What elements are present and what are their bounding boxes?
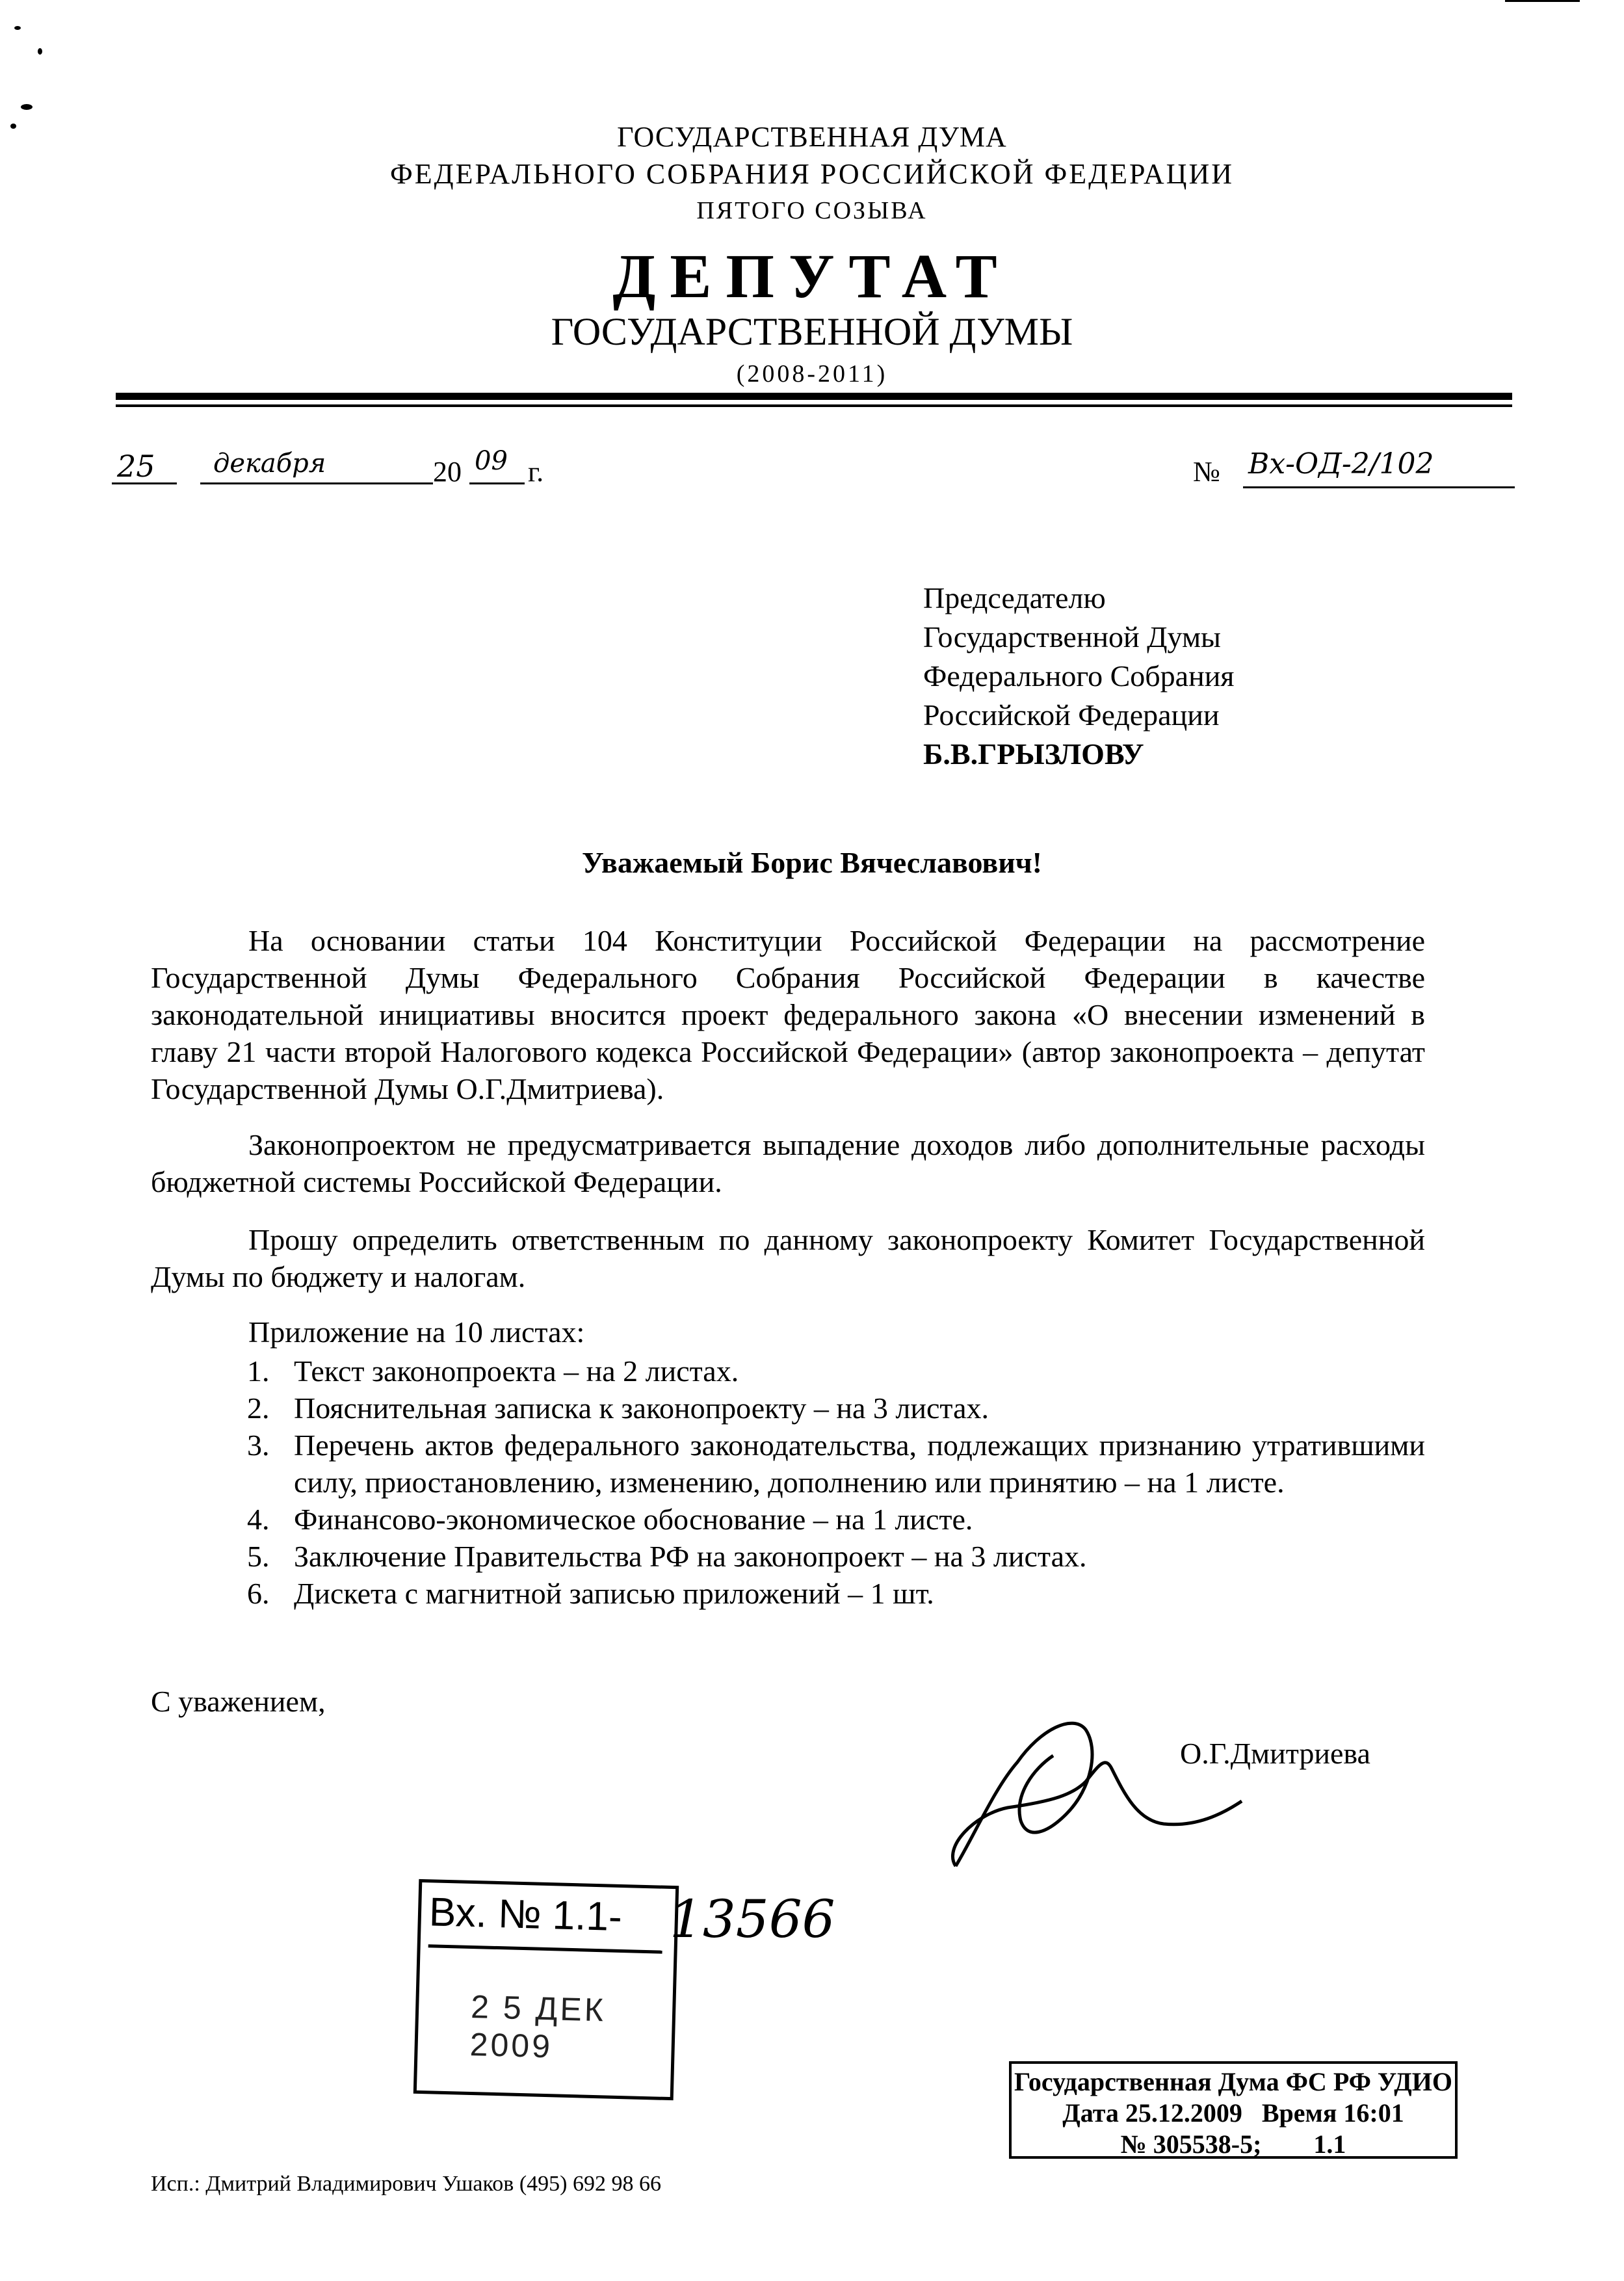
- attachment-text: Текст законопроекта – на 2 листах.: [294, 1352, 1425, 1390]
- body-paragraph-1: На основании статьи 104 Конституции Росс…: [151, 922, 1425, 1107]
- attachment-text: Перечень актов федерального законодатель…: [294, 1427, 1425, 1501]
- letterhead-subtitle: ГОСУДАРСТВЕННОЙ ДУМЫ: [0, 309, 1624, 354]
- signature-scrawl: [936, 1717, 1274, 1879]
- attachment-text: Финансово-экономическое обоснование – на…: [294, 1501, 1425, 1538]
- closing: С уважением,: [151, 1684, 326, 1719]
- attachment-number: 5.: [247, 1538, 294, 1575]
- attachment-text: Пояснительная записка к законопроекту – …: [294, 1390, 1425, 1427]
- attachments-title: Приложение на 10 листах:: [248, 1315, 584, 1349]
- attachment-number: 3.: [247, 1427, 294, 1501]
- attachment-number: 1.: [247, 1352, 294, 1390]
- scan-speck: [14, 26, 21, 30]
- reg-number-underline: [1243, 486, 1515, 488]
- letterhead-line3: ПЯТОГО СОЗЫВА: [0, 196, 1624, 225]
- registration-stamp-line1: Государственная Дума ФС РФ УДИО: [1012, 2066, 1455, 2098]
- attachment-item: 6.Дискета с магнитной записью приложений…: [247, 1575, 1425, 1612]
- registration-stamp-line3: № 305538-5; 1.1: [1012, 2129, 1455, 2160]
- date-day: 25: [117, 449, 155, 484]
- letterhead-line1: ГОСУДАРСТВЕННАЯ ДУМА: [0, 120, 1624, 154]
- paragraph-text: Законопроектом не предусматривается выпа…: [151, 1128, 1425, 1198]
- incoming-stamp: Вх. № 1.1- 2 5 ДЕК 2009: [413, 1879, 679, 2100]
- attachment-item: 2.Пояснительная записка к законопроекту …: [247, 1390, 1425, 1427]
- date-day-underline: [112, 482, 177, 484]
- date-year-underline: [469, 482, 525, 484]
- top-edge-mark: [1505, 0, 1580, 2]
- addressee-line: Российской Федерации: [923, 696, 1234, 735]
- paragraph-text: На основании статьи 104 Конституции Росс…: [151, 924, 1425, 1105]
- salutation: Уважаемый Борис Вячеславович!: [0, 845, 1624, 880]
- reg-number-value: Вх-ОД-2/102: [1248, 447, 1434, 481]
- letterhead-rule-thick: [116, 393, 1512, 400]
- addressee-block: Председателю Государственной Думы Федера…: [923, 579, 1234, 774]
- incoming-stamp-divider: [428, 1944, 662, 1953]
- date-year-prefix: 20: [433, 455, 462, 488]
- addressee-name: Б.В.ГРЫЗЛОВУ: [923, 735, 1234, 774]
- attachment-item: 3.Перечень актов федерального законодате…: [247, 1427, 1425, 1501]
- attachment-text: Заключение Правительства РФ на законопро…: [294, 1538, 1425, 1575]
- incoming-stamp-number: 13566: [670, 1889, 835, 1949]
- addressee-line: Государственной Думы: [923, 618, 1234, 657]
- date-year-unit: г.: [528, 455, 544, 488]
- paragraph-text: Прошу определить ответственным по данном…: [151, 1223, 1425, 1293]
- registration-stamp: Государственная Дума ФС РФ УДИО Дата 25.…: [1009, 2061, 1458, 2159]
- incoming-stamp-label: Вх. № 1.1-: [428, 1889, 622, 1940]
- attachment-number: 4.: [247, 1501, 294, 1538]
- attachments-list: 1.Текст законопроекта – на 2 листах. 2.П…: [247, 1352, 1425, 1612]
- addressee-line: Федерального Собрания: [923, 657, 1234, 696]
- letterhead-years: (2008-2011): [0, 360, 1624, 388]
- body-paragraph-2: Законопроектом не предусматривается выпа…: [151, 1126, 1425, 1200]
- body-paragraph-3: Прошу определить ответственным по данном…: [151, 1221, 1425, 1295]
- scan-speck: [21, 104, 33, 110]
- incoming-stamp-date: 2 5 ДЕК 2009: [469, 1988, 673, 2068]
- date-year-suffix: 09: [475, 446, 508, 476]
- date-month: декабря: [213, 449, 326, 479]
- date-month-underline: [200, 482, 433, 484]
- executor-footer: Исп.: Дмитрий Владимирович Ушаков (495) …: [151, 2172, 661, 2196]
- attachment-item: 4.Финансово-экономическое обоснование – …: [247, 1501, 1425, 1538]
- attachment-number: 2.: [247, 1390, 294, 1427]
- attachment-item: 5.Заключение Правительства РФ на законоп…: [247, 1538, 1425, 1575]
- addressee-line: Председателю: [923, 579, 1234, 618]
- letterhead-rule-thin: [116, 404, 1512, 407]
- letterhead-title: ДЕПУТАТ: [0, 244, 1624, 309]
- attachment-number: 6.: [247, 1575, 294, 1612]
- reg-number-label: №: [1193, 455, 1220, 488]
- registration-stamp-line2: Дата 25.12.2009 Время 16:01: [1012, 2098, 1455, 2129]
- scan-speck: [38, 48, 42, 55]
- letterhead-line2: ФЕДЕРАЛЬНОГО СОБРАНИЯ РОССИЙСКОЙ ФЕДЕРАЦ…: [0, 157, 1624, 191]
- attachment-item: 1.Текст законопроекта – на 2 листах.: [247, 1352, 1425, 1390]
- attachment-text: Дискета с магнитной записью приложений –…: [294, 1575, 1425, 1612]
